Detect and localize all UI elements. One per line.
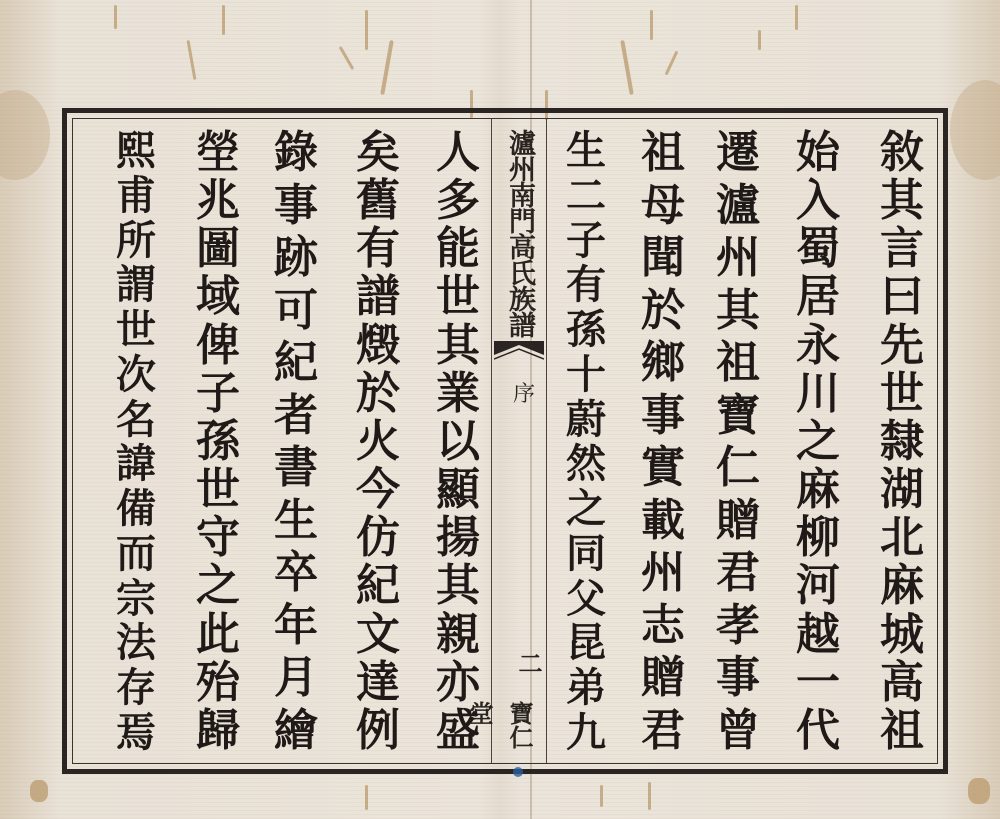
character: 事 — [716, 656, 760, 700]
character: 紀 — [356, 564, 400, 608]
character: 寶 — [716, 394, 760, 438]
character: 北 — [880, 516, 924, 560]
character: 蜀 — [796, 227, 840, 271]
character: 先 — [880, 324, 924, 368]
character: 子 — [566, 221, 606, 261]
character: 敘 — [880, 131, 924, 175]
character: 跡 — [274, 236, 318, 280]
character: 存 — [116, 668, 156, 708]
character: 親 — [436, 613, 480, 657]
character: 孝 — [716, 604, 760, 648]
character: 名 — [116, 400, 156, 440]
wormhole-stain — [222, 5, 225, 35]
character: 十 — [566, 355, 606, 395]
character: 域 — [196, 275, 240, 319]
character: 祖 — [880, 709, 924, 753]
water-stain — [0, 90, 50, 180]
character: 紀 — [274, 341, 318, 385]
text-column-left-4: 塋兆圖域俾子孫世守之此殆歸 — [173, 131, 263, 753]
character: 守 — [196, 516, 240, 560]
character: 祖 — [716, 341, 760, 385]
text-column-right-2: 始入蜀居永川之麻柳河越一代 — [773, 131, 863, 753]
character: 仁 — [716, 446, 760, 490]
character: 州 — [716, 236, 760, 280]
character: 舊 — [356, 179, 400, 223]
character: 事 — [274, 184, 318, 228]
character: 其 — [880, 179, 924, 223]
character: 祖 — [641, 131, 685, 175]
character: 多 — [436, 179, 480, 223]
character: 曰 — [880, 275, 924, 319]
section-label: 序 — [513, 377, 535, 408]
character: 諱 — [116, 444, 156, 484]
character: 業 — [436, 372, 480, 416]
character: 於 — [641, 289, 685, 333]
character: 殆 — [196, 661, 240, 705]
character: 有 — [566, 265, 606, 305]
character: 人 — [436, 131, 480, 175]
text-column-left-1: 人多能世其業以顯揚其親亦盛 — [413, 131, 503, 753]
character: 兆 — [196, 179, 240, 223]
character: 繪 — [274, 709, 318, 753]
wormhole-stain — [187, 40, 197, 80]
text-column-right-5: 生二子有孫十蔚然之同父昆弟九 — [541, 131, 631, 753]
character: 然 — [566, 444, 606, 484]
wormhole-stain — [648, 782, 651, 810]
character: 矣 — [356, 131, 400, 175]
character: 柳 — [796, 516, 840, 560]
character: 顯 — [436, 468, 480, 512]
character: 弟 — [566, 668, 606, 708]
character: 揚 — [436, 516, 480, 560]
character: 志 — [641, 604, 685, 648]
character: 世 — [196, 468, 240, 512]
wormhole-stain — [114, 5, 117, 29]
character: 麻 — [796, 468, 840, 512]
character: 達 — [356, 661, 400, 705]
character: 宗 — [116, 579, 156, 619]
text-column-left-2: 矣舊有譜燬於火今仿紀文達例 — [333, 131, 423, 753]
character: 瀘 — [716, 184, 760, 228]
character: 有 — [356, 227, 400, 271]
character: 譜 — [356, 275, 400, 319]
character: 隸 — [880, 420, 924, 464]
character: 燬 — [356, 324, 400, 368]
wormhole-stain — [650, 10, 653, 40]
character: 能 — [436, 227, 480, 271]
character: 生 — [274, 499, 318, 543]
character: 俾 — [196, 324, 240, 368]
character: 焉 — [116, 713, 156, 753]
character: 所 — [116, 221, 156, 261]
character: 世 — [880, 372, 924, 416]
character: 其 — [436, 324, 480, 368]
character: 之 — [196, 564, 240, 608]
character: 圖 — [196, 227, 240, 271]
printed-frame-outer-border: 敘其言曰先世隸湖北麻城高祖 始入蜀居永川之麻柳河越一代 遷瀘州其祖寶仁贈君孝事曾… — [62, 108, 948, 774]
character: 鄉 — [641, 341, 685, 385]
character: 文 — [356, 613, 400, 657]
character: 始 — [796, 131, 840, 175]
character: 州 — [641, 551, 685, 595]
text-column-left-5: 熙甫所謂世次名諱備而宗法存焉 — [91, 131, 181, 753]
character: 二 — [566, 176, 606, 216]
wormhole-stain — [665, 51, 679, 76]
character: 贈 — [716, 499, 760, 543]
character: 謂 — [116, 265, 156, 305]
character: 事 — [641, 394, 685, 438]
character: 同 — [566, 534, 606, 574]
character: 年 — [274, 604, 318, 648]
character: 世 — [116, 310, 156, 350]
character: 備 — [116, 489, 156, 529]
character: 曾 — [716, 709, 760, 753]
character: 其 — [436, 564, 480, 608]
wormhole-stain — [795, 5, 798, 30]
character: 載 — [641, 499, 685, 543]
character: 仿 — [356, 516, 400, 560]
character: 歸 — [196, 709, 240, 753]
character: 之 — [796, 420, 840, 464]
hall-name: 寶仁堂 — [499, 701, 539, 763]
character: 火 — [356, 420, 400, 464]
character: 蔚 — [566, 400, 606, 440]
character: 錄 — [274, 131, 318, 175]
character: 例 — [356, 709, 400, 753]
page-number: 二 — [511, 651, 546, 675]
character: 世 — [436, 275, 480, 319]
character: 高 — [880, 661, 924, 705]
character: 者 — [274, 394, 318, 438]
character: 月 — [274, 656, 318, 700]
scanned-book-spread: 敘其言曰先世隸湖北麻城高祖 始入蜀居永川之麻柳河越一代 遷瀘州其祖寶仁贈君孝事曾… — [0, 0, 1000, 819]
character: 卒 — [274, 551, 318, 595]
character: 遷 — [716, 131, 760, 175]
character: 永 — [796, 324, 840, 368]
character: 盛 — [436, 709, 480, 753]
character: 九 — [566, 713, 606, 753]
text-column-left-3: 錄事跡可紀者書生卒年月繪 — [251, 131, 341, 753]
character: 孫 — [566, 310, 606, 350]
text-column-right-1: 敘其言曰先世隸湖北麻城高祖 — [857, 131, 947, 753]
character: 君 — [641, 709, 685, 753]
character: 越 — [796, 613, 840, 657]
character: 河 — [796, 564, 840, 608]
character: 而 — [116, 534, 156, 574]
character: 言 — [880, 227, 924, 271]
wormhole-stain — [600, 785, 603, 807]
wormhole-stain — [339, 46, 355, 70]
character: 實 — [641, 446, 685, 490]
character: 熙 — [116, 131, 156, 171]
character: 入 — [796, 179, 840, 223]
character: 麻 — [880, 564, 924, 608]
character: 子 — [196, 372, 240, 416]
character: 孫 — [196, 420, 240, 464]
printed-frame-inner-border: 敘其言曰先世隸湖北麻城高祖 始入蜀居永川之麻柳河越一代 遷瀘州其祖寶仁贈君孝事曾… — [72, 118, 938, 764]
character: 塋 — [196, 131, 240, 175]
character: 一 — [796, 661, 840, 705]
character: 君 — [716, 551, 760, 595]
character: 之 — [566, 489, 606, 529]
character: 書 — [274, 446, 318, 490]
wormhole-stain — [365, 785, 368, 810]
character: 川 — [796, 372, 840, 416]
character: 亦 — [436, 661, 480, 705]
character: 父 — [566, 579, 606, 619]
text-column-right-4: 祖母聞於鄉事實載州志贈君 — [618, 131, 708, 753]
character: 聞 — [641, 236, 685, 280]
character: 代 — [796, 709, 840, 753]
character: 今 — [356, 468, 400, 512]
wormhole-stain — [365, 10, 368, 50]
wormhole-stain — [30, 780, 48, 802]
wormhole-stain — [968, 778, 990, 804]
character: 贈 — [641, 656, 685, 700]
character: 於 — [356, 372, 400, 416]
wormhole-stain — [758, 30, 761, 50]
character: 法 — [116, 623, 156, 663]
character: 生 — [566, 131, 606, 171]
character: 可 — [274, 289, 318, 333]
character: 次 — [116, 355, 156, 395]
water-stain — [950, 80, 1000, 180]
character: 城 — [880, 613, 924, 657]
character: 此 — [196, 613, 240, 657]
character: 湖 — [880, 468, 924, 512]
character: 昆 — [566, 623, 606, 663]
character: 以 — [436, 420, 480, 464]
character: 甫 — [116, 176, 156, 216]
character: 母 — [641, 184, 685, 228]
character: 居 — [796, 275, 840, 319]
blue-ink-mark — [513, 767, 523, 777]
character: 其 — [716, 289, 760, 333]
wormhole-stain — [380, 40, 393, 95]
wormhole-stain — [620, 40, 633, 95]
